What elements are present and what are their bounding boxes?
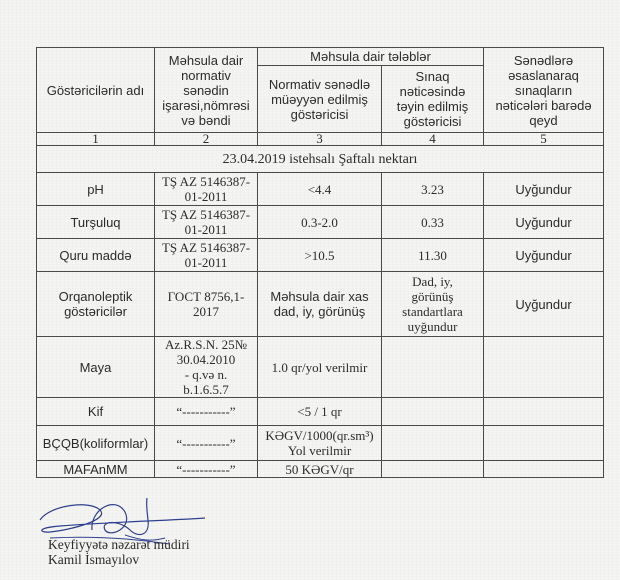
signatory-title: Keyfiyyətə nəzarət müdiri xyxy=(48,537,190,552)
signature-block: Keyfiyyətə nəzarət müdiri Kamil İsmayılo… xyxy=(48,537,190,567)
text-line: görünüş xyxy=(385,289,480,304)
text-line: Məhsula dair xas xyxy=(261,289,378,304)
measured-value: 3.23 xyxy=(382,173,484,206)
measured-value: Dad, iy,görünüşstandartlarauyğundur xyxy=(382,272,484,337)
text-line: 1.0 qr/yol verilmir xyxy=(261,360,378,375)
column-number: 5 xyxy=(484,133,604,146)
indicator-name: Quru maddə xyxy=(37,239,155,272)
header-required-value: Normativ sənədləmüəyyən edilmişgöstərici… xyxy=(258,66,382,133)
text-line: - q.və n. xyxy=(158,367,254,382)
indicator-name: MAFAnMM xyxy=(37,461,155,478)
text-line: 30.04.2010 xyxy=(158,352,254,367)
text-line: Normativ sənədlə xyxy=(261,77,378,92)
result-note xyxy=(484,426,604,461)
text-line: TŞ AZ 5146387- xyxy=(158,174,254,189)
text-line: <4.4 xyxy=(261,182,378,197)
text-line: və bəndi xyxy=(158,113,254,128)
text-line: nəticəsində xyxy=(385,84,480,99)
column-number-row: 1 2 3 4 5 xyxy=(37,133,604,146)
text-line: 0.33 xyxy=(385,215,480,230)
normative-document: TŞ AZ 5146387-01-2011 xyxy=(155,206,258,239)
text-line: sənədin xyxy=(158,83,254,98)
text-line: KƏGV/1000(qr.sm³) xyxy=(261,428,378,443)
text-line: Dad, iy, xyxy=(385,274,480,289)
table-row: MayaAz.R.S.N. 25№30.04.2010- q.və n.b.1.… xyxy=(37,337,604,398)
table-body: pHTŞ AZ 5146387-01-2011<4.43.23UyğundurT… xyxy=(37,173,604,478)
required-value: <4.4 xyxy=(258,173,382,206)
required-value: Məhsula dair xasdad, iy, görünüş xyxy=(258,272,382,337)
column-number: 3 xyxy=(258,133,382,146)
text-line: TŞ AZ 5146387- xyxy=(158,240,254,255)
text-line: Sınaq xyxy=(385,69,480,84)
text-line: 2017 xyxy=(158,304,254,319)
table-row: MAFAnMM“-----------”50 KƏGV/qr xyxy=(37,461,604,478)
result-note xyxy=(484,461,604,478)
measured-value xyxy=(382,398,484,426)
text-line: 01-2011 xyxy=(158,255,254,270)
required-value: >10.5 xyxy=(258,239,382,272)
required-value: 0.3-2.0 xyxy=(258,206,382,239)
table-row: Kif“-----------”<5 / 1 qr xyxy=(37,398,604,426)
table-row: TurşuluqTŞ AZ 5146387-01-20110.3-2.00.33… xyxy=(37,206,604,239)
text-line: göstəricisi xyxy=(385,114,480,129)
text-line: TŞ AZ 5146387- xyxy=(158,207,254,222)
measured-value xyxy=(382,461,484,478)
result-note xyxy=(484,398,604,426)
text-line: “-----------” xyxy=(158,462,254,477)
indicator-name: Turşuluq xyxy=(37,206,155,239)
measured-value xyxy=(382,426,484,461)
result-note: Uyğundur xyxy=(484,173,604,206)
normative-document: TŞ AZ 5146387-01-2011 xyxy=(155,173,258,206)
text-line: <5 / 1 qr xyxy=(261,404,378,419)
header-normative-document: Məhsula dairnormativsənədinişarəsi,nömrə… xyxy=(155,48,258,133)
text-line: müəyyən edilmiş xyxy=(261,92,378,107)
signatory-name: Kamil İsmayılov xyxy=(48,552,190,567)
table-row: Orqanoleptik göstəricilərГОСТ 8756,1-201… xyxy=(37,272,604,337)
text-line: “-----------” xyxy=(158,404,254,419)
result-note: Uyğundur xyxy=(484,206,604,239)
text-line: uyğundur xyxy=(385,319,480,334)
indicator-name: pH xyxy=(37,173,155,206)
indicator-name: Kif xyxy=(37,398,155,426)
text-line: 3.23 xyxy=(385,182,480,197)
measured-value xyxy=(382,337,484,398)
test-results-table: Göstəricilərin adı Məhsula dairnormativs… xyxy=(36,47,604,478)
table-row: Quru maddəTŞ AZ 5146387-01-2011>10.511.3… xyxy=(37,239,604,272)
text-line: 0.3-2.0 xyxy=(261,215,378,230)
normative-document: TŞ AZ 5146387-01-2011 xyxy=(155,239,258,272)
header-indicator-name: Göstəricilərin adı xyxy=(37,48,155,133)
required-value: 1.0 qr/yol verilmir xyxy=(258,337,382,398)
text-line: b.1.6.5.7 xyxy=(158,382,254,397)
text-line: əsaslanaraq xyxy=(487,68,600,83)
text-line: “-----------” xyxy=(158,436,254,451)
table-row: pHTŞ AZ 5146387-01-2011<4.43.23Uyğundur xyxy=(37,173,604,206)
normative-document: ГОСТ 8756,1-2017 xyxy=(155,272,258,337)
table-row: BÇQB(koliformlar)“-----------”KƏGV/1000(… xyxy=(37,426,604,461)
result-note xyxy=(484,337,604,398)
header-result-note: Sənədlərəəsaslanaraqsınaqlarınnəticələri… xyxy=(484,48,604,133)
text-line: 01-2011 xyxy=(158,222,254,237)
required-value: KƏGV/1000(qr.sm³)Yol verilmir xyxy=(258,426,382,461)
text-line: 11.30 xyxy=(385,248,480,263)
text-line: qeyd xyxy=(487,113,600,128)
measured-value: 11.30 xyxy=(382,239,484,272)
required-value: <5 / 1 qr xyxy=(258,398,382,426)
normative-document: “-----------” xyxy=(155,426,258,461)
text-line: Yol verilmir xyxy=(261,443,378,458)
text-line: göstəricisi xyxy=(261,107,378,122)
text-line: normativ xyxy=(158,68,254,83)
indicator-name: Maya xyxy=(37,337,155,398)
normative-document: Az.R.S.N. 25№30.04.2010- q.və n.b.1.6.5.… xyxy=(155,337,258,398)
text-line: 01-2011 xyxy=(158,189,254,204)
measured-value: 0.33 xyxy=(382,206,484,239)
text-line: standartlara xyxy=(385,304,480,319)
column-number: 4 xyxy=(382,133,484,146)
required-value: 50 KƏGV/qr xyxy=(258,461,382,478)
text-line: təyin edilmiş xyxy=(385,99,480,114)
text-line: işarəsi,nömrəsi xyxy=(158,98,254,113)
header-requirements-group: Məhsula dair tələblər xyxy=(258,48,484,66)
column-number: 2 xyxy=(155,133,258,146)
text-line: Sənədlərə xyxy=(487,53,600,68)
text-line: Az.R.S.N. 25№ xyxy=(158,337,254,352)
text-line: dad, iy, görünüş xyxy=(261,304,378,319)
text-line: 50 KƏGV/qr xyxy=(261,462,378,477)
text-line: >10.5 xyxy=(261,248,378,263)
column-number: 1 xyxy=(37,133,155,146)
text-line: sınaqların xyxy=(487,83,600,98)
header-measured-value: Sınaqnəticəsindətəyin edilmişgöstəricisi xyxy=(382,66,484,133)
normative-document: “-----------” xyxy=(155,398,258,426)
indicator-name: BÇQB(koliformlar) xyxy=(37,426,155,461)
text-line: nəticələri barədə xyxy=(487,98,600,113)
indicator-name: Orqanoleptik göstəricilər xyxy=(37,272,155,337)
result-note: Uyğundur xyxy=(484,239,604,272)
text-line: ГОСТ 8756,1- xyxy=(158,289,254,304)
section-title: 23.04.2019 istehsalı Şaftalı nektarı xyxy=(37,146,604,173)
result-note: Uyğundur xyxy=(484,272,604,337)
normative-document: “-----------” xyxy=(155,461,258,478)
text-line: Məhsula dair xyxy=(158,53,254,68)
